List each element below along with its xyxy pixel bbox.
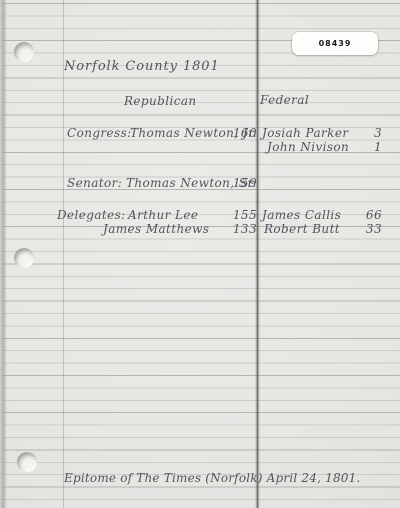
federal-votes: 1 [352, 140, 382, 154]
punch-hole [14, 248, 34, 268]
margin-line [63, 0, 64, 508]
punch-hole [14, 42, 34, 62]
office-label-delegates: Delegates: [57, 208, 126, 222]
office-label-senator: Senator: [67, 176, 122, 190]
inventory-number: 08439 [319, 39, 352, 48]
center-fold-line [255, 0, 260, 508]
punch-hole [17, 452, 37, 472]
ruled-lines [0, 0, 400, 508]
source-citation: Epitome of The Times (Norfolk) April 24,… [64, 471, 361, 485]
republican-votes: 155 [227, 208, 257, 222]
republican-votes: 160 [227, 126, 257, 140]
inventory-number-sticker: 08439 [292, 32, 378, 55]
scanned-ledger-page: 08439 Norfolk County 1801 Republican Fed… [0, 0, 400, 508]
republican-candidate: James Matthews [103, 222, 209, 236]
office-label-congress: Congress: [67, 126, 132, 140]
federal-candidate: John Nivison [267, 140, 349, 154]
federal-votes: 3 [352, 126, 382, 140]
column-header-federal: Federal [260, 93, 309, 107]
republican-votes: 133 [227, 222, 257, 236]
federal-candidate: Josiah Parker [262, 126, 348, 140]
republican-votes: 159 [227, 176, 257, 190]
republican-candidate: Arthur Lee [128, 208, 198, 222]
federal-votes: 33 [352, 222, 382, 236]
federal-candidate: James Callis [262, 208, 341, 222]
federal-candidate: Robert Butt [264, 222, 340, 236]
page-title: Norfolk County 1801 [64, 60, 220, 74]
scan-edge-shadow [0, 0, 7, 508]
federal-votes: 66 [352, 208, 382, 222]
column-header-republican: Republican [124, 94, 197, 108]
